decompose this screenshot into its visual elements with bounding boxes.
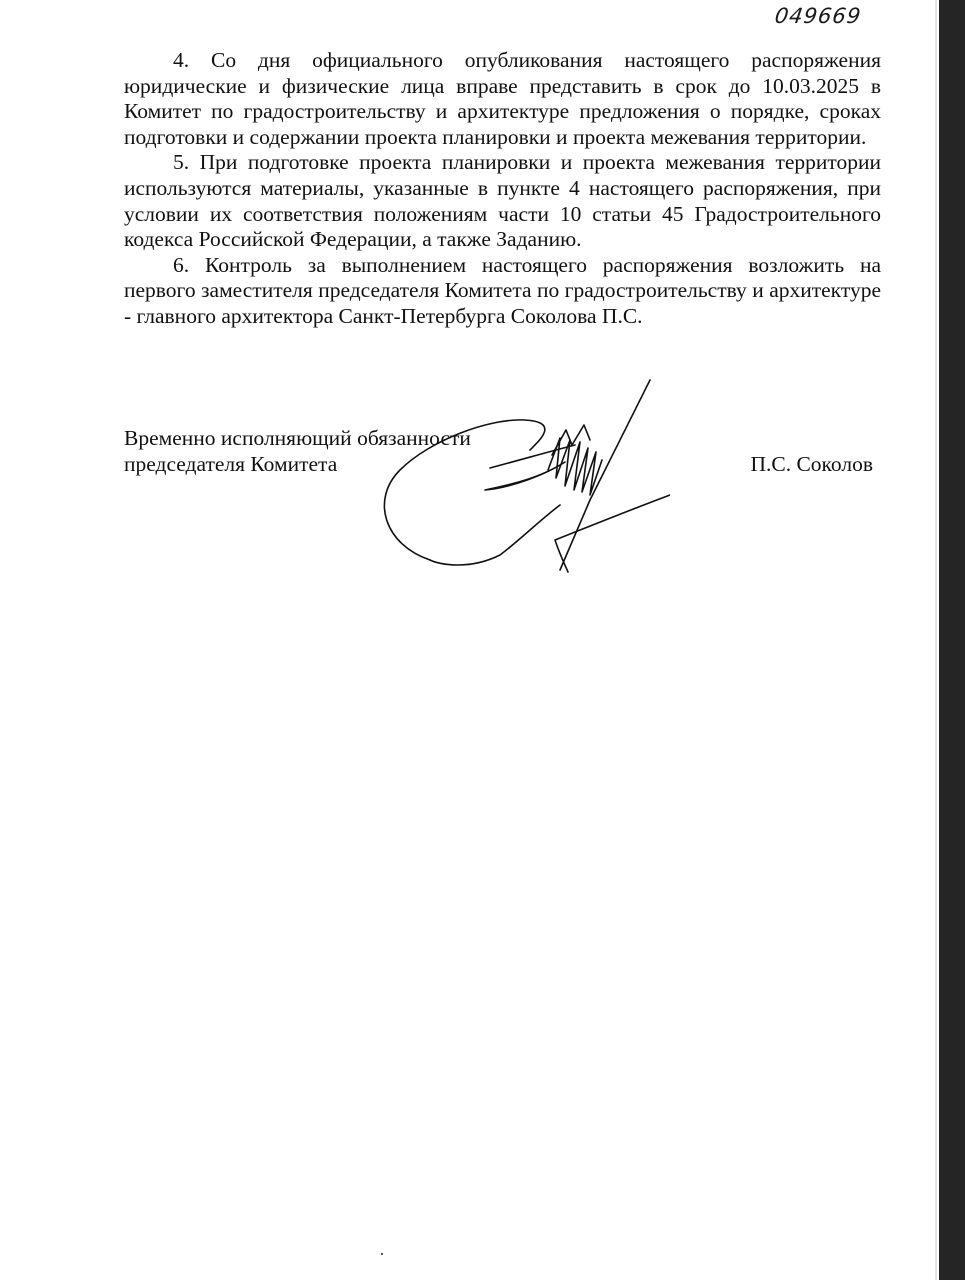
paragraph-5: 5. При подготовке проекта планировки и п… xyxy=(124,150,881,252)
handwritten-registration-number: 049669 xyxy=(773,4,863,28)
paragraph-number: 6. xyxy=(173,253,189,277)
paragraph-text: Со дня официального опубликования настоя… xyxy=(124,48,881,149)
document-page: 049669 4. Со дня официального опубликова… xyxy=(0,0,937,1280)
scan-artifact-dot xyxy=(381,1253,383,1255)
handwritten-signature-icon xyxy=(370,375,670,575)
paragraph-number: 4. xyxy=(173,48,189,72)
dark-background-edge xyxy=(939,0,965,1280)
document-body: 4. Со дня официального опубликования нас… xyxy=(124,48,881,330)
paragraph-number: 5. xyxy=(173,150,189,174)
paragraph-text: Контроль за выполнением настоящего распо… xyxy=(124,253,881,328)
signer-name: П.С. Соколов xyxy=(750,452,873,478)
paragraph-4: 4. Со дня официального опубликования нас… xyxy=(124,48,881,150)
paragraph-text: При подготовке проекта планировки и прое… xyxy=(124,150,881,251)
paragraph-6: 6. Контроль за выполнением настоящего ра… xyxy=(124,253,881,330)
